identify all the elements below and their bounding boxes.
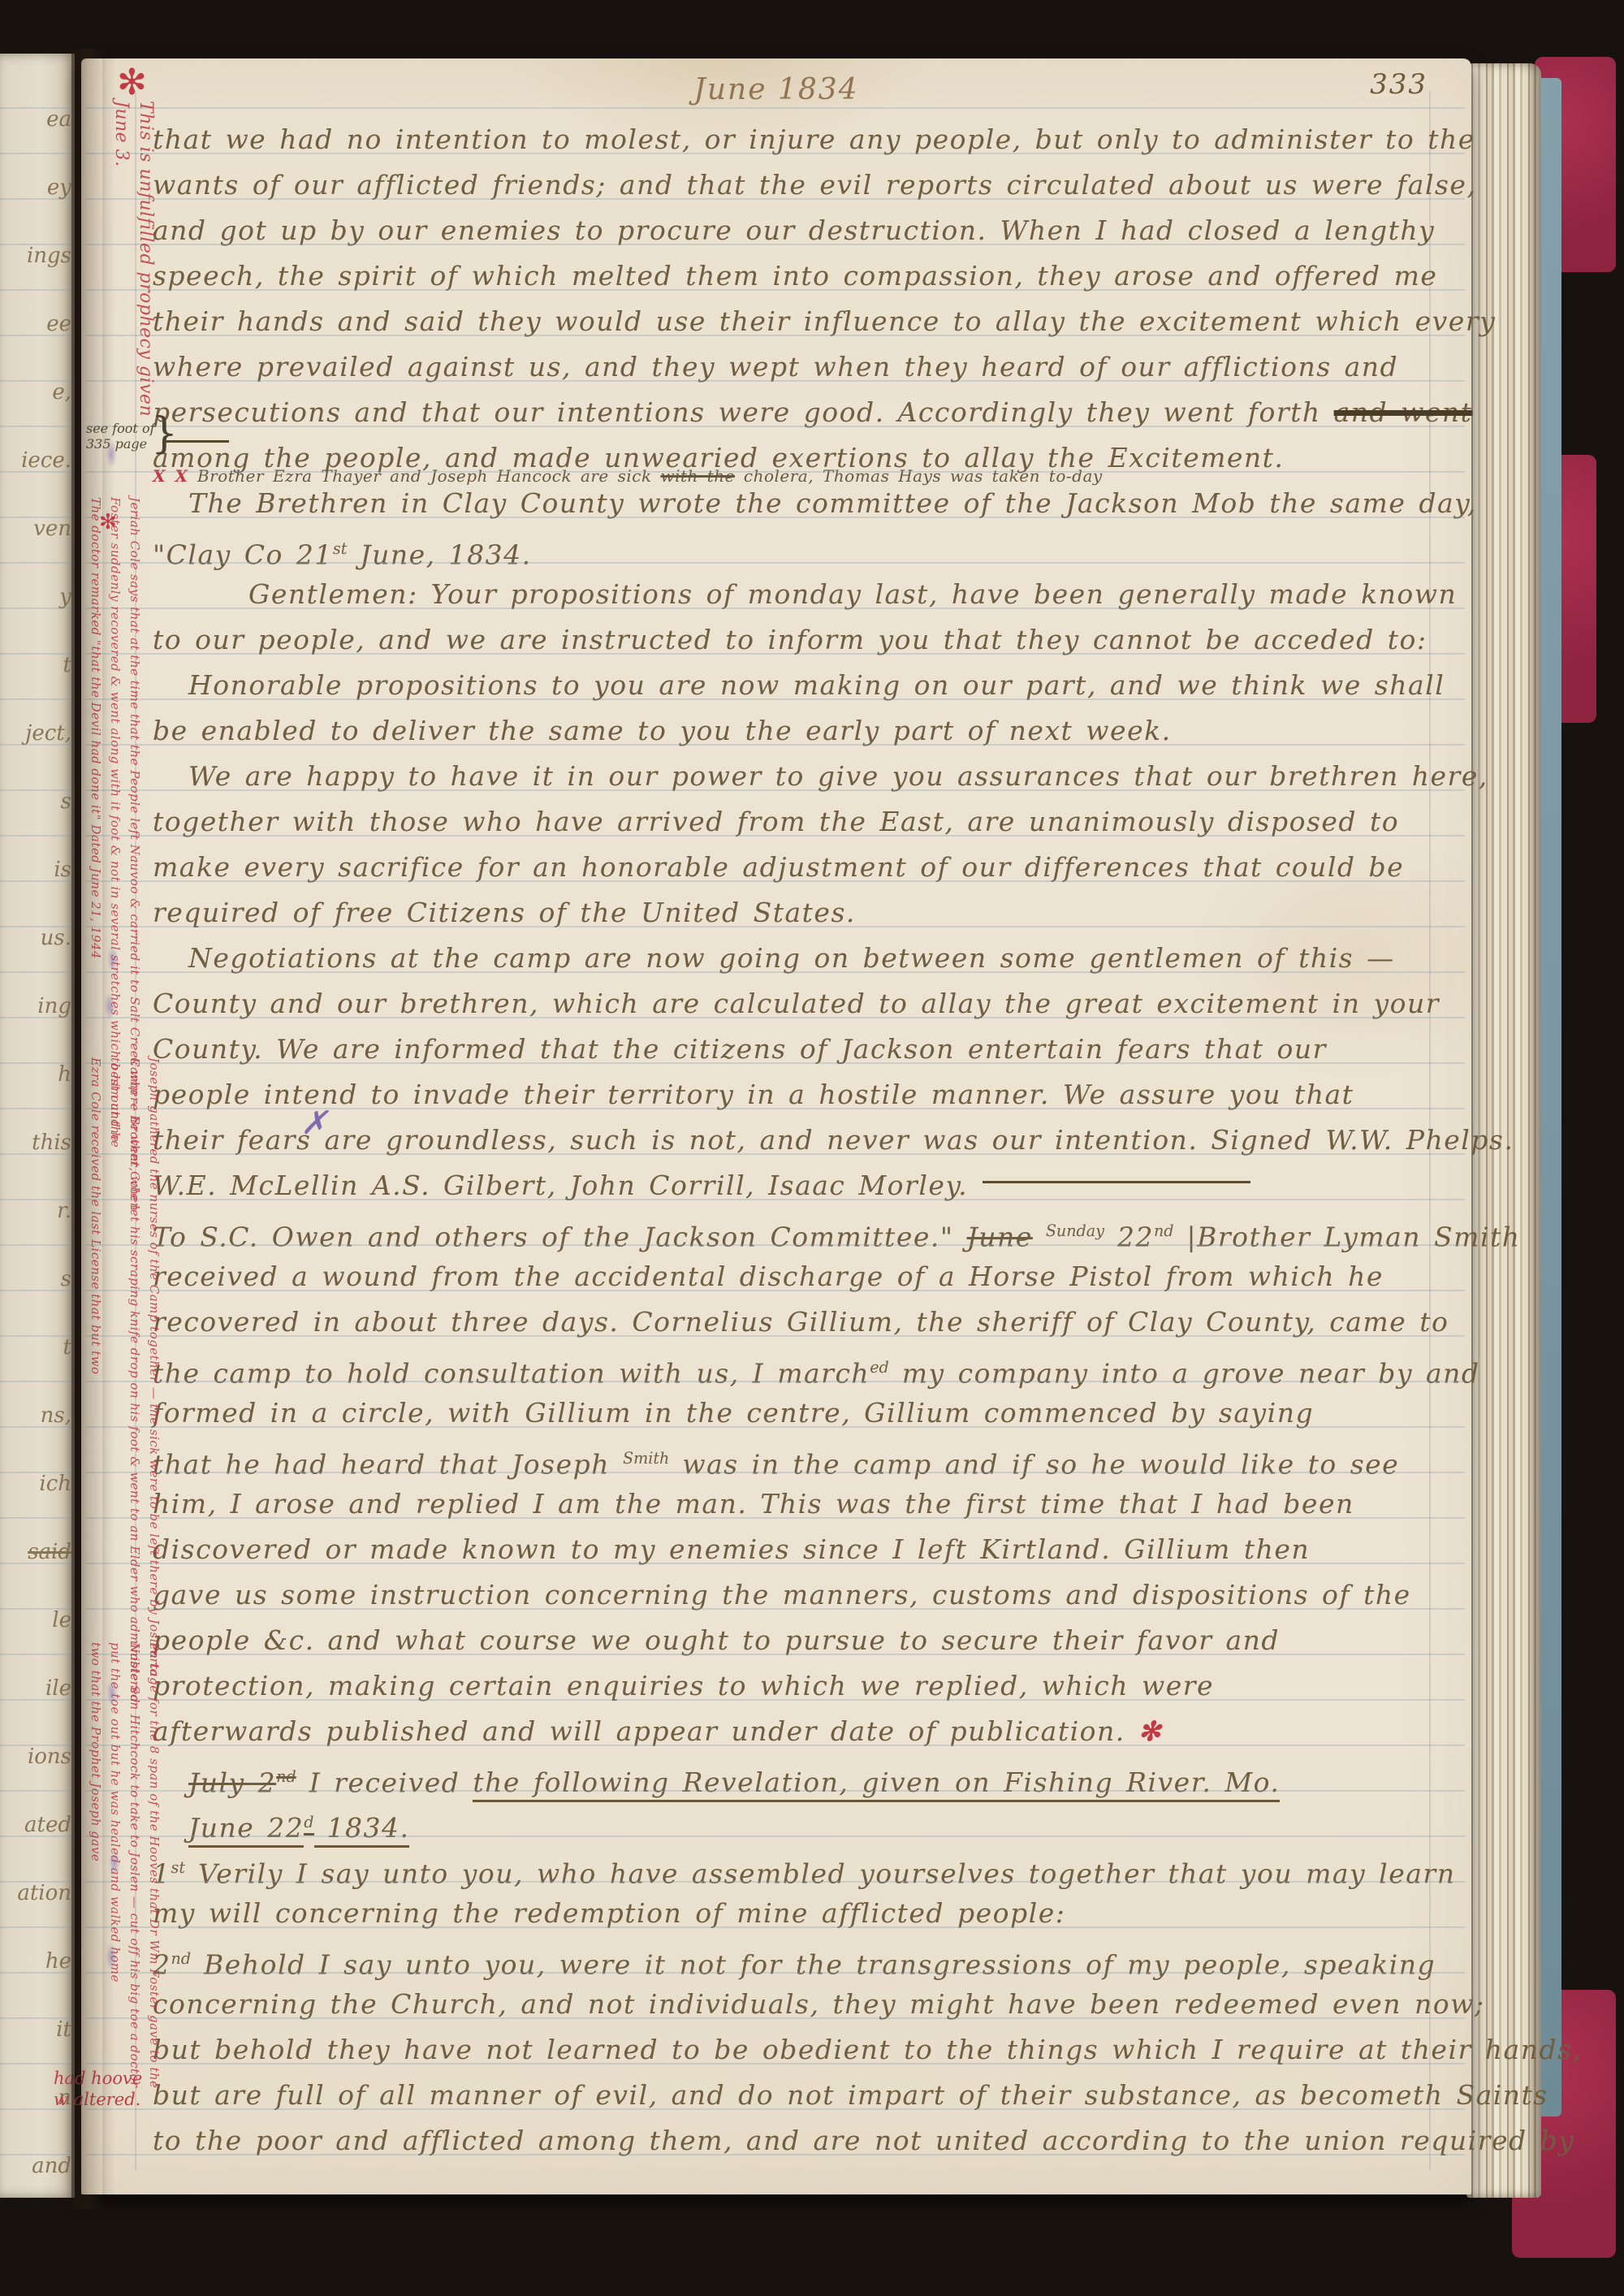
ruled-line xyxy=(86,1017,1465,1018)
previous-page-text-fragment: ions xyxy=(28,1745,71,1769)
ruled-line xyxy=(86,1472,1465,1473)
text-segment: Verily I say unto you, who have assemble… xyxy=(185,1857,1455,1889)
previous-page-sliver: eaeyingseee,iece.venytject,sisus.inghthi… xyxy=(0,54,75,2198)
text-segment: required of free Citizens of the United … xyxy=(153,897,856,928)
previous-page-text-fragment: is xyxy=(54,858,71,882)
text-segment: concerning the Church, and not individua… xyxy=(153,1988,1484,2020)
manuscript-line: The Brethren in Clay County wrote the co… xyxy=(153,487,1488,520)
ruled-line xyxy=(86,198,1465,200)
ruled-line xyxy=(0,1926,75,1928)
manuscript-line: and got up by our enemies to procure our… xyxy=(153,214,1452,247)
text-segment: st xyxy=(171,1858,186,1877)
ruled-line xyxy=(86,1335,1465,1337)
text-segment: the following Revelation, given on Fishi… xyxy=(473,1766,1280,1802)
previous-page-text-fragment: us. xyxy=(41,926,71,950)
manuscript-line: recovered in about three days. Cornelius… xyxy=(153,1306,1452,1338)
manuscript-line: that we had no intention to molest, or i… xyxy=(153,123,1452,156)
previous-page-text-fragment: t xyxy=(63,653,71,677)
ruled-line xyxy=(86,1426,1465,1428)
ruled-line xyxy=(86,1563,1465,1564)
manuscript-line: Honorable propositions to you are now ma… xyxy=(153,669,1488,702)
text-segment: persecutions and that our intentions wer… xyxy=(153,396,1334,428)
ruled-line xyxy=(86,562,1465,564)
previous-page-text-fragment: s xyxy=(61,1267,71,1291)
ruled-line xyxy=(86,2154,1465,2155)
manuscript-line: that he had heard that Joseph Smith was … xyxy=(153,1442,1452,1481)
previous-page-text-fragment: ject, xyxy=(25,721,71,746)
text-segment: ed xyxy=(870,1358,889,1377)
text-segment: gave us some instruction concerning the … xyxy=(153,1579,1411,1611)
manuscript-line: him, I arose and replied I am the man. T… xyxy=(153,1488,1452,1520)
text-segment: my company into a grove near by and xyxy=(889,1357,1480,1389)
ruled-line xyxy=(86,517,1465,518)
manuscript-line: be enabled to deliver the same to you th… xyxy=(153,715,1452,747)
text-segment: to the poor and afflicted among them, an… xyxy=(153,2125,1574,2156)
ruled-line xyxy=(86,426,1465,427)
ruled-line xyxy=(86,926,1465,927)
previous-page-text-fragment: ey xyxy=(47,175,71,200)
previous-page-text-fragment: e, xyxy=(52,380,71,404)
text-segment: be enabled to deliver the same to you th… xyxy=(153,715,1172,746)
manuscript-line: people &c. and what course we ought to p… xyxy=(153,1624,1452,1657)
text-segment: formed in a circle, with Gillium in the … xyxy=(153,1397,1314,1429)
text-segment: with the xyxy=(660,466,735,486)
text-segment: nd xyxy=(171,1949,192,1968)
ruled-line xyxy=(86,1926,1465,1928)
ruled-line xyxy=(86,835,1465,837)
previous-page-text-fragment: ns, xyxy=(41,1403,71,1428)
manuscript-line: my will concerning the redemption of min… xyxy=(153,1897,1452,1930)
ruled-line xyxy=(86,1062,1465,1064)
ruled-line xyxy=(86,789,1465,791)
ruled-line xyxy=(86,2017,1465,2019)
manuscript-line: their fears are groundless, such is not,… xyxy=(153,1124,1452,1157)
ruled-line xyxy=(86,698,1465,700)
text-segment: recovered in about three days. Cornelius… xyxy=(153,1306,1449,1338)
ruled-line xyxy=(86,471,1465,473)
purple-x-mark: ✗ xyxy=(300,1105,328,1142)
ruled-line xyxy=(0,698,75,700)
manuscript-line: but behold they have not learned to be o… xyxy=(153,2034,1452,2066)
manuscript-line: but are full of all manner of evil, and … xyxy=(153,2079,1452,2112)
text-segment: and went xyxy=(1334,396,1473,428)
text-segment: that we had no intention to molest, or i… xyxy=(153,123,1475,155)
previous-page-text-fragment: this xyxy=(32,1131,71,1155)
previous-page-text-fragment: iece. xyxy=(21,448,71,473)
previous-page-text-fragment: ich xyxy=(39,1472,71,1496)
manuscript-line: discovered or made known to my enemies s… xyxy=(153,1533,1452,1566)
text-segment: people intend to invade their territory … xyxy=(153,1079,1354,1110)
brace-glyph: } xyxy=(151,409,178,458)
ruled-line xyxy=(0,1517,75,1519)
text-segment: that he had heard that Joseph xyxy=(153,1448,623,1480)
text-segment: discovered or made known to my enemies s… xyxy=(153,1533,1310,1565)
text-segment: June, 1834. xyxy=(347,538,531,570)
text-segment: Brother Ezra Thayer and Joseph Hancock a… xyxy=(197,466,661,486)
ruled-line xyxy=(86,1108,1465,1109)
text-segment: the camp to hold consultation with us, I… xyxy=(153,1357,870,1389)
text-segment: County and our brethren, which are calcu… xyxy=(153,988,1440,1019)
previous-page-text-fragment: r. xyxy=(57,1199,71,1223)
ruled-line xyxy=(0,835,75,837)
ruled-line xyxy=(86,1881,1465,1883)
text-segment: 22 xyxy=(1104,1221,1154,1252)
text-segment: st xyxy=(333,539,348,558)
red-asterisk-top: ✻ xyxy=(117,62,147,103)
text-segment: 1834. xyxy=(314,1812,410,1848)
ruled-line xyxy=(86,1654,1465,1655)
ruled-line xyxy=(86,880,1465,882)
text-segment: Negotiations at the camp are now going o… xyxy=(188,942,1395,974)
text-segment: July 2 xyxy=(188,1766,276,1798)
ruled-line xyxy=(0,562,75,564)
previous-page-text-fragment: y xyxy=(59,585,71,609)
text-segment: received a wound from the accidental dis… xyxy=(153,1260,1384,1292)
ruled-line xyxy=(86,744,1465,746)
ruled-line xyxy=(86,1244,1465,1246)
text-segment xyxy=(1033,1221,1046,1252)
ruled-line xyxy=(0,1654,75,1655)
ruled-line xyxy=(86,1608,1465,1610)
text-segment: Honorable propositions to you are now ma… xyxy=(188,669,1445,701)
ruled-line xyxy=(86,380,1465,382)
text-segment: June xyxy=(967,1221,1033,1252)
text-segment: to our people, and we are instructed to … xyxy=(153,624,1427,655)
ruled-line xyxy=(86,1517,1465,1519)
previous-page-text-fragment: ven xyxy=(33,517,71,541)
page-number: 333 xyxy=(1370,68,1427,101)
ruled-line xyxy=(86,1199,1465,1200)
previous-page-text-fragment: h xyxy=(58,1062,71,1087)
previous-page-text-fragment: ation xyxy=(17,1881,71,1905)
ruled-line xyxy=(0,2063,75,2065)
text-segment: their fears are groundless, such is not,… xyxy=(153,1124,1514,1156)
manuscript-line: to the poor and afflicted among them, an… xyxy=(153,2125,1452,2157)
text-segment: cholera, Thomas Hays was taken to-day xyxy=(735,466,1103,486)
manuscript-line: "Clay Co 21st June, 1834. xyxy=(153,533,1452,571)
margin-note-unfulfilled-prophecy: This is unfulfilled prophecy given June … xyxy=(109,101,158,474)
text-segment: Smith xyxy=(623,1449,669,1468)
ruled-line xyxy=(86,653,1465,655)
manuscript-line: concerning the Church, and not individua… xyxy=(153,1988,1452,2021)
ruled-line xyxy=(86,244,1465,245)
ruled-line xyxy=(86,1790,1465,1792)
previous-page-text-fragment: ea xyxy=(46,107,71,132)
text-segment: June 22 xyxy=(188,1812,304,1848)
text-segment: I received xyxy=(296,1766,473,1798)
previous-page-text-fragment: t xyxy=(63,1335,71,1360)
manuscript-line: their hands and said they would use thei… xyxy=(153,305,1452,338)
manuscript-line: June 22d 1834. xyxy=(153,1806,1488,1844)
text-segment: afterwards published and will appear und… xyxy=(153,1715,1138,1747)
ruled-line xyxy=(0,971,75,973)
manuscript-line: afterwards published and will appear und… xyxy=(153,1715,1452,1748)
manuscript-line: County. We are informed that the citizen… xyxy=(153,1033,1452,1066)
ruled-line xyxy=(86,153,1465,154)
ruled-line xyxy=(86,1381,1465,1382)
manuscript-line: Negotiations at the camp are now going o… xyxy=(153,942,1488,975)
ruled-line xyxy=(86,1290,1465,1291)
manuscript-line: the camp to hold consultation with us, I… xyxy=(153,1351,1452,1390)
ink-smudge xyxy=(106,1679,118,1706)
ruled-line xyxy=(86,2063,1465,2065)
header-date: June 1834 xyxy=(81,73,1471,106)
text-segment: protection, making certain enquiries to … xyxy=(153,1670,1214,1701)
text-segment xyxy=(983,1181,1250,1183)
ruled-line xyxy=(86,2108,1465,2110)
ink-smudge xyxy=(106,1943,117,1970)
text-segment: To S.C. Owen and others of the Jackson C… xyxy=(153,1221,967,1252)
previous-page-text-fragment: le xyxy=(52,1608,71,1632)
ruled-line xyxy=(86,1699,1465,1701)
ruled-line xyxy=(86,1153,1465,1155)
text-segment: their hands and said they would use thei… xyxy=(153,305,1496,337)
ruled-line xyxy=(86,608,1465,609)
manuscript-line: W.E. McLellin A.S. Gilbert, John Corrill… xyxy=(153,1170,1452,1202)
manuscript-line: make every sacrifice for an honorable ad… xyxy=(153,851,1452,884)
ink-smudge xyxy=(109,1849,120,1877)
ruled-line xyxy=(0,289,75,291)
text-segment: make every sacrifice for an honorable ad… xyxy=(153,851,1404,883)
text-segment: County. We are informed that the citizen… xyxy=(153,1033,1327,1065)
text-segment: "Clay Co 21 xyxy=(153,538,333,570)
manuscript-line: wants of our afflicted friends; and that… xyxy=(153,169,1452,201)
ruled-line xyxy=(86,971,1465,973)
previous-page-text-fragment: ing xyxy=(37,994,71,1018)
previous-page-text-fragment: and xyxy=(32,2154,71,2178)
manuscript-line: 2nd Behold I say unto you, were it not f… xyxy=(153,1943,1452,1981)
text-segment: was in the camp and if so he would like … xyxy=(669,1448,1399,1480)
text-segment: W.E. McLellin A.S. Gilbert, John Corrill… xyxy=(153,1170,968,1201)
text-segment: but are full of all manner of evil, and … xyxy=(153,2079,1548,2111)
previous-page-text-fragment: ated xyxy=(24,1813,71,1837)
text-segment: Behold I say unto you, were it not for t… xyxy=(191,1948,1436,1980)
text-segment: ✻ xyxy=(1138,1715,1162,1747)
text-segment: together with those who have arrived fro… xyxy=(153,806,1399,837)
ink-smudge xyxy=(106,440,117,468)
manuscript-line: To S.C. Owen and others of the Jackson C… xyxy=(153,1215,1452,1253)
ruled-line xyxy=(86,1972,1465,1974)
ink-smudge xyxy=(107,945,119,973)
manuscript-line: gave us some instruction concerning the … xyxy=(153,1579,1452,1611)
manuscript-line: to our people, and we are instructed to … xyxy=(153,624,1452,656)
manuscript-line: We are happy to have it in our power to … xyxy=(153,760,1488,793)
book-gutter xyxy=(71,49,107,2209)
manuscript-line: required of free Citizens of the United … xyxy=(153,897,1452,929)
manuscript-line: July 2nd I received the following Revela… xyxy=(153,1761,1488,1799)
manuscript-line: speech, the spirit of which melted them … xyxy=(153,260,1452,292)
manuscript-line: where prevailed against us, and they wep… xyxy=(153,351,1452,383)
ruled-line xyxy=(0,1244,75,1246)
text-segment: We are happy to have it in our power to … xyxy=(188,760,1488,792)
book-scan: { "document": { "header_date": "June 183… xyxy=(0,0,1624,2296)
previous-page-text-fragment: s xyxy=(61,789,71,814)
text-segment: d xyxy=(304,1813,313,1836)
manuscript-page: June 1834 333 ✻ This is unfulfilled prop… xyxy=(81,58,1471,2194)
manuscript-line: persecutions and that our intentions wer… xyxy=(153,396,1452,429)
ruled-line xyxy=(86,289,1465,291)
text-segment: him, I arose and replied I am the man. T… xyxy=(153,1488,1354,1520)
previous-page-text-fragment: ings xyxy=(27,244,71,268)
text-segment: The Brethren in Clay County wrote the co… xyxy=(188,487,1477,519)
text-segment: where prevailed against us, and they wep… xyxy=(153,351,1398,383)
manuscript-line: people intend to invade their territory … xyxy=(153,1079,1452,1111)
text-segment: speech, the spirit of which melted them … xyxy=(153,260,1437,292)
previous-page-text-fragment: ile xyxy=(45,1676,71,1701)
previous-page-text-fragment: said xyxy=(28,1540,71,1564)
ruled-line xyxy=(86,1745,1465,1746)
ruled-line xyxy=(0,153,75,154)
text-segment: but behold they have not learned to be o… xyxy=(153,2034,1583,2065)
text-segment: Gentlemen: Your propositions of monday l… xyxy=(248,578,1457,610)
manuscript-line: 1st Verily I say unto you, who have asse… xyxy=(153,1852,1452,1890)
text-segment: wants of our afflicted friends; and that… xyxy=(153,169,1476,201)
ruled-line xyxy=(86,335,1465,336)
previous-page-text-fragment: ee xyxy=(46,312,71,336)
text-segment: nd xyxy=(1154,1222,1174,1240)
ruled-line xyxy=(0,1108,75,1109)
previous-page-text-fragment: it xyxy=(56,2017,71,2042)
text-segment: Sunday xyxy=(1046,1222,1104,1240)
ruled-line xyxy=(86,1836,1465,1837)
text-segment: X X xyxy=(153,466,197,486)
text-segment: nd xyxy=(276,1767,296,1786)
ruled-line xyxy=(86,107,1465,109)
manuscript-line: formed in a circle, with Gillium in the … xyxy=(153,1397,1452,1429)
text-segment: |Brother Lyman Smith xyxy=(1174,1221,1521,1252)
manuscript-line: together with those who have arrived fro… xyxy=(153,806,1452,838)
ruled-line xyxy=(0,426,75,427)
ruled-line xyxy=(0,1381,75,1382)
text-segment: my will concerning the redemption of min… xyxy=(153,1897,1065,1929)
manuscript-line: Gentlemen: Your propositions of monday l… xyxy=(153,578,1548,611)
text-segment: people &c. and what course we ought to p… xyxy=(153,1624,1280,1656)
manuscript-line: protection, making certain enquiries to … xyxy=(153,1670,1452,1702)
previous-page-text-fragment: he xyxy=(45,1949,71,1974)
manuscript-line: received a wound from the accidental dis… xyxy=(153,1260,1452,1293)
manuscript-line: X X Brother Ezra Thayer and Joseph Hanco… xyxy=(153,466,1452,486)
pointer-line xyxy=(166,440,229,443)
ruled-line xyxy=(0,1790,75,1792)
manuscript-line: County and our brethren, which are calcu… xyxy=(153,988,1452,1020)
text-segment: and got up by our enemies to procure our… xyxy=(153,214,1435,246)
